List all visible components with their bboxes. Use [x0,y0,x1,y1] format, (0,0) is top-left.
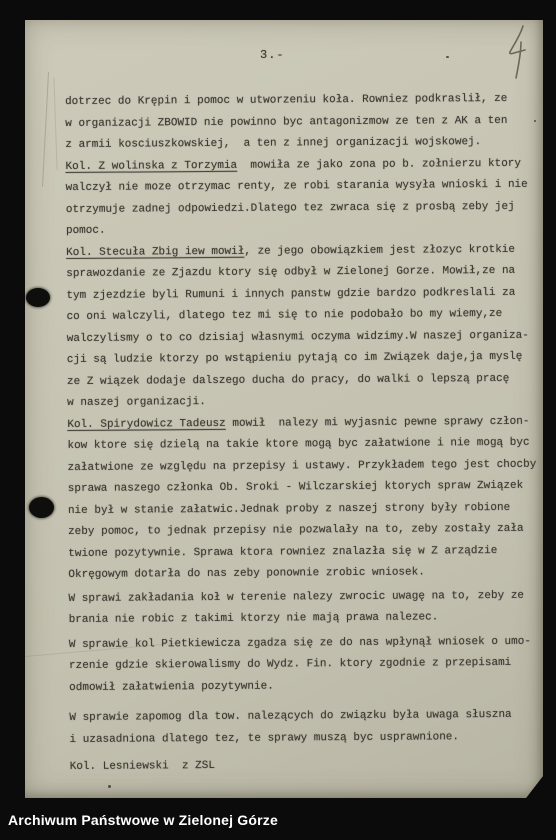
underlined-heading: Kol. Spirydowicz Tadeusz [67,417,226,430]
text-line: W sprawi zakładania koł w terenie nalezy… [68,585,550,610]
text-run: Kol. Lesniewski z ZSL [70,760,215,773]
paragraph: W sprawie kol Pietkiewicza zgadza się ze… [69,631,551,699]
paragraph: Kol. Lesniewski z ZSL [70,754,552,779]
ink-speck [446,56,449,58]
text-run: mowił nalezy mi wyjasnic pewne sprawy cz… [226,415,530,429]
text-line: Kol. Lesniewski z ZSL [70,754,552,779]
text-line: z armii kosciuszkowskiej, a ten z innej … [65,132,547,157]
text-line: i uzasadniona dlatego tez, te sprawy mus… [69,726,551,751]
paragraph: Kol. Spirydowicz Tadeusz mowił nalezy mi… [67,411,550,586]
paper-crease [42,72,49,187]
text-run: W sprawie kol Pietkiewicza zgadza się ze… [69,635,531,650]
text-line: ze Z wiązek dodaje dalszego ducha do pra… [67,368,549,393]
text-line: sprawozdanie ze Zjazdu ktory się odbył w… [66,261,548,286]
paragraph: dotrzec do Krępin i pomoc w utworzeniu k… [65,89,547,157]
ink-speck [108,785,111,788]
archival-scan: 3.- dotrzec do Krępin i pomoc w utworzen… [0,0,556,840]
text-line: sprawa naszego członka Ob. Sroki - Wilcz… [68,476,550,501]
text-line: otrzymuje zadnej odpowiedzi.Dlatego tez … [66,196,548,221]
page-number: 3.- [260,48,285,62]
paper-crease [53,78,57,170]
text-line: kow ktore się dzielą na takie ktore mogą… [67,433,549,458]
text-run: , ze jego obowiązkiem jest złozyc krotki… [244,243,515,257]
archive-name: Archiwum Państwowe w Zielonej Górze [0,812,278,828]
text-line: twione pozytywnie. Sprawa ktora rowniez … [68,540,550,565]
text-line: rzenie gdzie skierowalismy do Wydz. Fin.… [69,653,551,678]
underlined-heading: Kol. Z wolinska z Torzymia [65,159,237,172]
paragraph: W sprawie zapomog dla tow. nalezących do… [69,705,551,751]
paragraph: Kol. Z wolinska z Torzymia mowiła ze jak… [65,153,548,242]
punch-hole-top [26,288,50,307]
text-line: walczył nie moze otrzymac renty, ze robi… [66,175,548,200]
typewritten-text: dotrzec do Krępin i pomoc w utworzeniu k… [65,89,552,779]
text-run: dotrzec do Krępin i pomoc w utworzeniu k… [65,93,507,108]
paragraph: Kol. Stecuła Zbig iew mowił, ze jego obo… [66,239,549,414]
text-line: cji są ludzie ktorzy po wstąpieniu pytaj… [67,347,549,372]
text-line: brania nie robic z takimi ktorzy nie maj… [69,607,551,632]
text-line: co oni walczyli, dlatego tez mi się to n… [67,304,549,329]
text-run: W sprawi zakładania koł w terenie nalezy… [68,589,524,604]
text-line: Okręgowym dotarła do nas zeby ponownie z… [68,562,550,587]
text-line: W sprawie zapomog dla tow. nalezących do… [69,705,551,730]
text-line: odmowił załatwienia pozytywnie. [69,674,551,699]
text-run: W sprawie zapomog dla tow. nalezących do… [69,709,511,724]
text-line: zeby pomoc, to jednak przepisy nie pozwa… [68,519,550,544]
document-page: 3.- dotrzec do Krępin i pomoc w utworzen… [25,20,543,798]
underlined-heading: Kol. Stecuła Zbig iew mowił [66,245,244,258]
text-run: mowiła ze jako zona po b. zołnierzu ktor… [237,157,521,171]
text-line: dotrzec do Krępin i pomoc w utworzeniu k… [65,89,547,114]
pencil-annotation-icon [495,22,535,92]
punch-hole-bottom [29,497,54,518]
paragraph: W sprawi zakładania koł w terenie nalezy… [68,585,550,631]
archive-caption-bar: Archiwum Państwowe w Zielonej Górze [0,800,556,840]
